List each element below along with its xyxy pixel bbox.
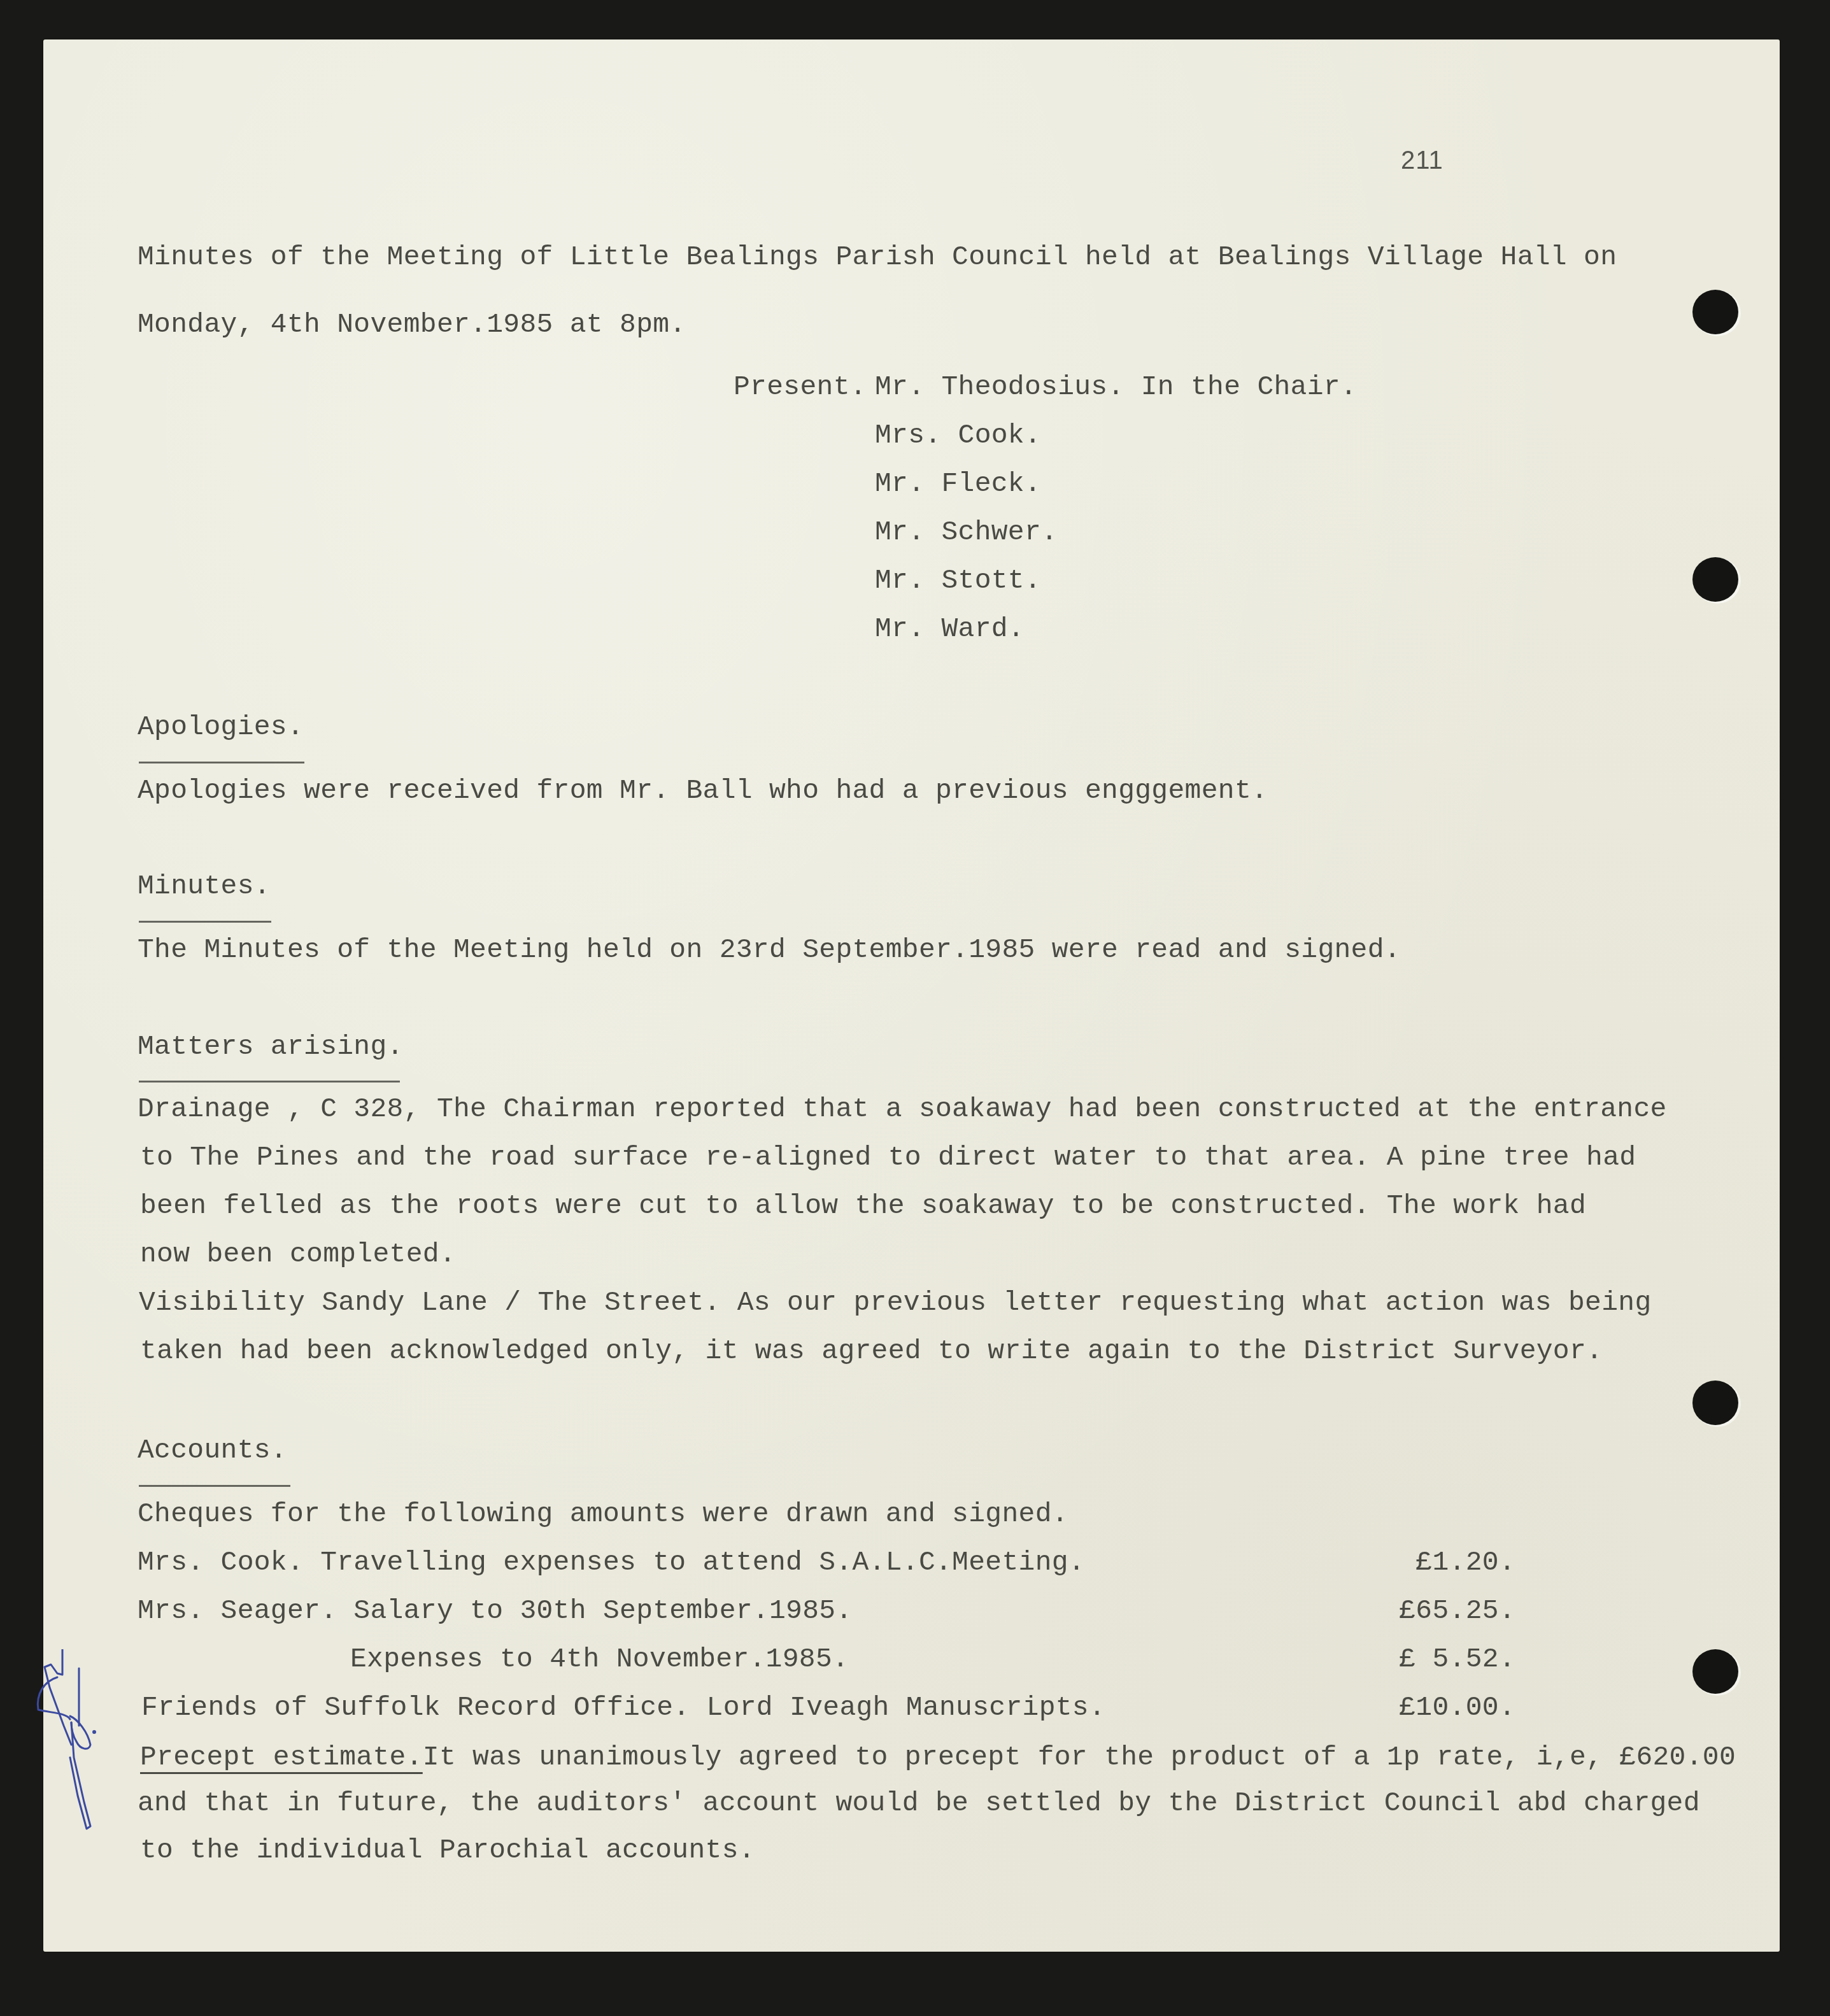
attendee: Mr. Stott.	[875, 565, 1041, 596]
paragraph-line: been felled as the roots were cut to all…	[140, 1191, 1586, 1221]
section-heading: Accounts.	[138, 1435, 287, 1466]
signature-initials-icon	[32, 1649, 115, 1834]
account-description: Friends of Suffolk Record Office. Lord I…	[141, 1693, 1105, 1723]
precept-line-2: and that in future, the auditors' accoun…	[138, 1788, 1700, 1819]
account-description: Mrs. Seager. Salary to 30th September.19…	[138, 1596, 852, 1626]
paragraph-line: Drainage , C 328, The Chairman reported …	[138, 1094, 1667, 1125]
heading-underline	[139, 921, 271, 923]
account-amount: £ 5.52.	[1273, 1644, 1515, 1675]
account-description: Expenses to 4th November.1985.	[350, 1644, 849, 1675]
page-number: 211	[1401, 145, 1443, 176]
attendee-chair: Mr. Theodosius. In the Chair.	[875, 372, 1357, 402]
punch-hole	[1692, 557, 1738, 602]
account-amount: £1.20.	[1273, 1547, 1515, 1578]
punch-hole	[1692, 290, 1738, 334]
paragraph-line: taken had been acknowledged only, it was…	[140, 1336, 1603, 1366]
punch-hole	[1692, 1649, 1738, 1694]
precept-line-1: Precept estimate.It was unanimously agre…	[140, 1742, 1736, 1773]
minutes-title-line-1: Minutes of the Meeting of Little Bealing…	[138, 242, 1617, 273]
account-amount: £65.25.	[1273, 1596, 1515, 1626]
heading-underline	[139, 1081, 400, 1083]
attendee: Mr. Ward.	[875, 614, 1025, 644]
paragraph-line: to The Pines and the road surface re-ali…	[140, 1142, 1636, 1173]
paragraph-line: Visibility Sandy Lane / The Street. As o…	[139, 1288, 1651, 1318]
present-label: Present.	[734, 372, 867, 402]
accounts-intro: Cheques for the following amounts were d…	[138, 1499, 1068, 1530]
precept-text: It was unanimously agreed to precept for…	[423, 1742, 1736, 1773]
section-body: The Minutes of the Meeting held on 23rd …	[138, 935, 1401, 965]
paragraph-line: now been completed.	[140, 1239, 456, 1270]
section-heading: Matters arising.	[138, 1032, 404, 1062]
account-description: Mrs. Cook. Travelling expenses to attend…	[138, 1547, 1085, 1578]
section-body: Apologies were received from Mr. Ball wh…	[138, 776, 1268, 806]
attendee: Mr. Schwer.	[875, 517, 1058, 548]
precept-line-3: to the individual Parochial accounts.	[140, 1835, 755, 1866]
attendee: Mr. Fleck.	[875, 469, 1041, 499]
punch-hole	[1692, 1381, 1738, 1425]
attendee: Mrs. Cook.	[875, 420, 1041, 451]
section-heading: Minutes.	[138, 871, 271, 902]
account-amount: £10.00.	[1273, 1693, 1515, 1723]
section-heading: Apologies.	[138, 712, 304, 742]
heading-underline	[139, 1485, 290, 1487]
section-heading: Precept estimate.	[140, 1742, 423, 1773]
minutes-title-line-2: Monday, 4th November.1985 at 8pm.	[138, 309, 686, 340]
heading-underline	[139, 762, 304, 763]
